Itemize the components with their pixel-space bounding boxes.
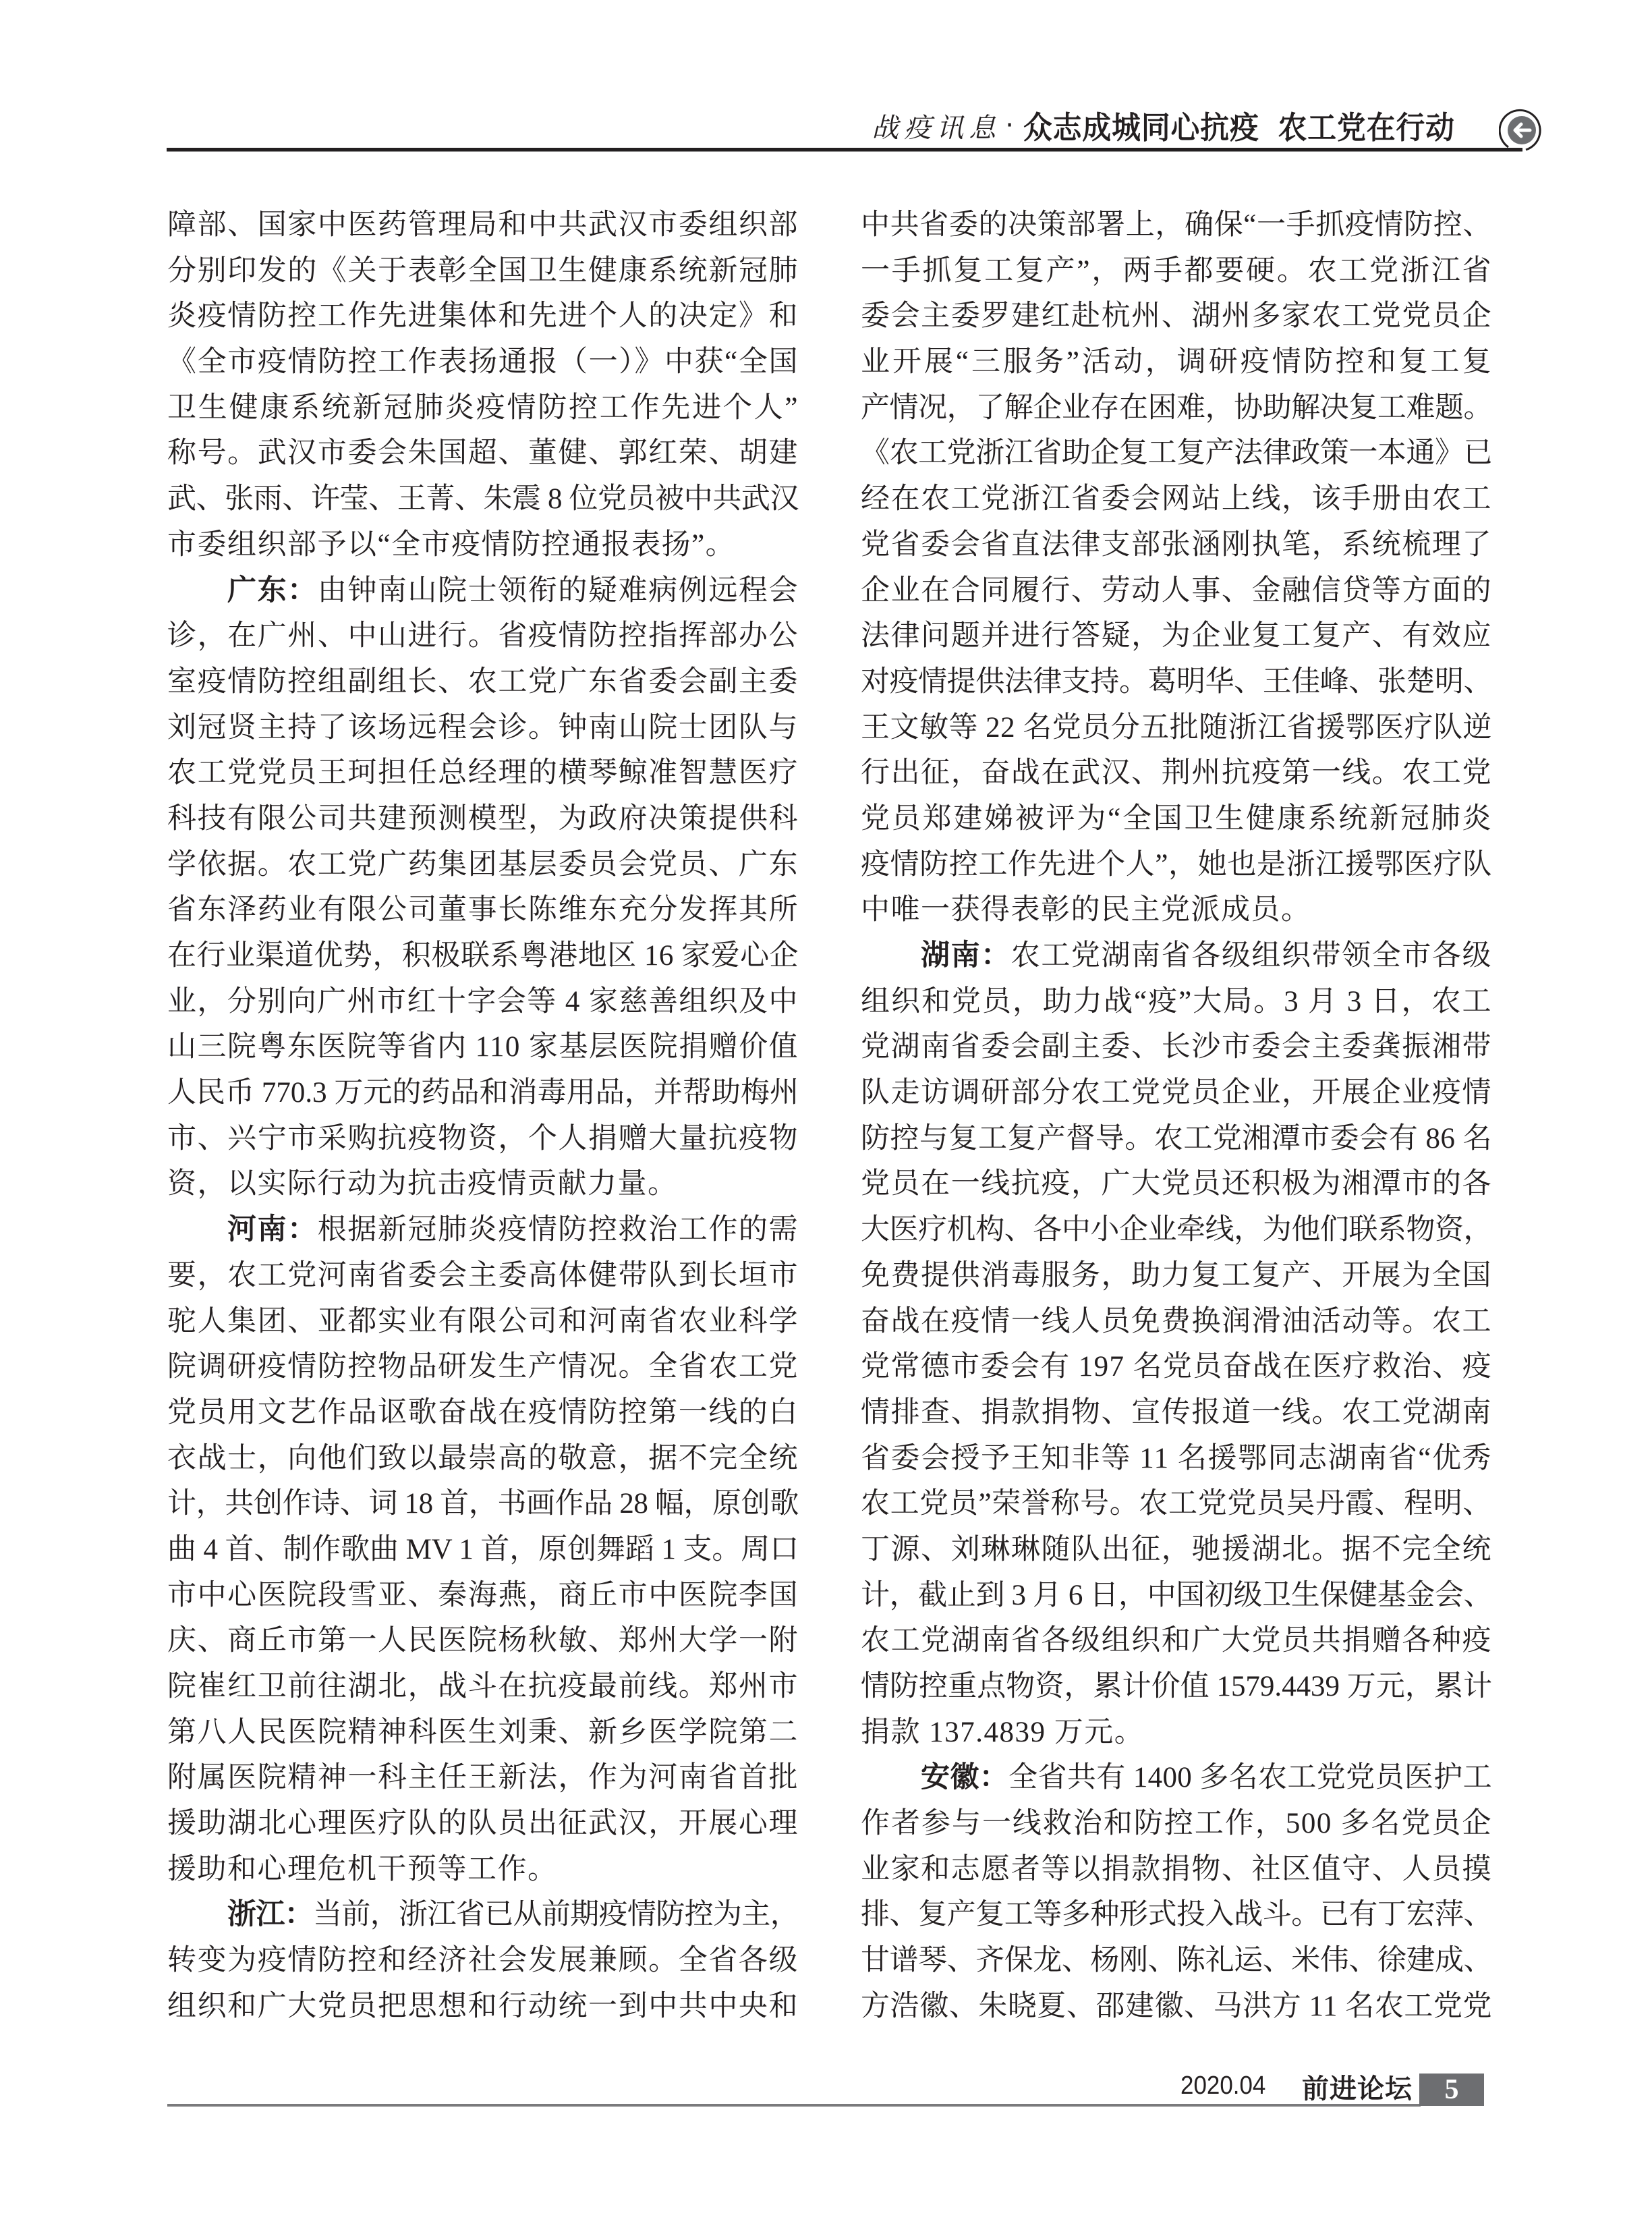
text-line: 甘谱琴、齐保龙、杨刚、陈礼运、米伟、徐建成、 (861, 1938, 1492, 1984)
line-text: 捐款 137.4839 万元。 (861, 1717, 1144, 1748)
line-text: 甘谱琴、齐保龙、杨刚、陈礼运、米伟、徐建成、 (861, 1945, 1492, 1976)
text-line: 委会主委罗建红赴杭州、湖州多家农工党党员企 (861, 294, 1492, 339)
text-line: 产情况，了解企业存在困难，协助解决复工难题。 (861, 385, 1492, 431)
text-line: 驼人集团、亚都实业有限公司和河南省农业科学 (167, 1299, 799, 1345)
line-text: 排、复产复工等多种形式投入战斗。已有丁宏萍、 (861, 1899, 1492, 1930)
text-line: 党员在一线抗疫，广大党员还积极为湘潭市的各 (861, 1161, 1492, 1207)
line-text: 中共省委的决策部署上，确保“一手抓疫情防控、 (861, 209, 1492, 241)
text-line: 企业在合同履行、劳动人事、金融信贷等方面的 (861, 568, 1492, 614)
text-line: 在行业渠道优势，积极联系粤港地区 16 家爱心企 (167, 933, 799, 979)
text-line: 捐款 137.4839 万元。 (861, 1710, 1492, 1756)
line-text: 驼人集团、亚都实业有限公司和河南省农业科学 (167, 1306, 799, 1337)
line-text: 队走访调研部分农工党党员企业，开展企业疫情 (861, 1077, 1492, 1109)
line-text: 王文敏等 22 名党员分五批随浙江省援鄂医疗队逆 (861, 712, 1492, 744)
section-headline: 众志成城同心抗疫农工党在行动 (1023, 103, 1455, 148)
line-text: 丁源、刘琳琳随队出征，驰援湖北。据不完全统 (861, 1534, 1492, 1565)
line-text: 炎疫情防控工作先进集体和先进个人的决定》和 (167, 300, 799, 332)
text-line: 附属医院精神一科主任王新法，作为河南省首批 (167, 1755, 799, 1801)
line-text: 党常德市委会有 197 名党员奋战在医疗救治、疫 (861, 1351, 1492, 1383)
text-line: 农工党员”荣誉称号。农工党党员吴丹霞、程明、 (861, 1481, 1492, 1527)
line-text: 农工党湖南省各级组织和广大党员共捐赠各种疫 (861, 1625, 1492, 1657)
text-line: 室疫情防控组副组长、农工党广东省委会副主委 (167, 659, 799, 705)
line-text: 疫情防控工作先进个人”，她也是浙江援鄂医疗队 (861, 849, 1492, 881)
line-text: 《农工党浙江省助企复工复产法律政策一本通》已 (861, 437, 1492, 469)
text-line: 党员郑建娣被评为“全国卫生健康系统新冠肺炎 (861, 796, 1492, 842)
line-text: 免费提供消毒服务，助力复工复产、开展为全国 (861, 1260, 1492, 1291)
region-label: 安徽： (921, 1760, 1008, 1794)
paragraph-lead-line: 广东：由钟南山院士领衔的疑难病例远程会 (167, 568, 799, 614)
line-text: 曲 4 首、制作歌曲 MV 1 首，原创舞蹈 1 支。周口 (167, 1534, 799, 1565)
line-text: 诊，在广州、中山进行。省疫情防控指挥部办公 (167, 620, 799, 652)
text-line: 《全市疫情防控工作表扬通报（一）》中获“全国 (167, 339, 799, 385)
text-line: 省委会授予王知非等 11 名援鄂同志湖南省“优秀 (861, 1436, 1492, 1482)
text-line: 援助湖北心理医疗队的队员出征武汉，开展心理 (167, 1801, 799, 1847)
text-line: 情排查、捐款捐物、宣传报道一线。农工党湖南 (861, 1390, 1492, 1436)
page-number-box: 5 (1419, 2074, 1484, 2106)
text-line: 业家和志愿者等以捐款捐物、社区值守、人员摸 (861, 1847, 1492, 1893)
text-line: 山三院粤东医院等省内 110 家基层医院捐赠价值 (167, 1024, 799, 1070)
running-header: 战疫讯息 · 众志成城同心抗疫农工党在行动 (0, 0, 1652, 162)
text-line: 丁源、刘琳琳随队出征，驰援湖北。据不完全统 (861, 1527, 1492, 1573)
text-line: 党湖南省委会副主委、长沙市委会主委龚振湘带 (861, 1024, 1492, 1070)
line-text: 农工党湖南省各级组织带领全市各级 (1011, 940, 1492, 972)
line-text: 党员在一线抗疫，广大党员还积极为湘潭市的各 (861, 1168, 1492, 1200)
line-text: 庆、商丘市第一人民医院杨秋敏、郑州大学一附 (167, 1625, 799, 1657)
line-text: 产情况，了解企业存在困难，协助解决复工难题。 (861, 392, 1492, 424)
text-line: 奋战在疫情一线人员免费换润滑油活动等。农工 (861, 1299, 1492, 1345)
text-line: 免费提供消毒服务，助力复工复产、开展为全国 (861, 1253, 1492, 1299)
text-line: 学依据。农工党广药集团基层委员会党员、广东 (167, 842, 799, 888)
paragraph-lead-line: 湖南：农工党湖南省各级组织带领全市各级 (861, 933, 1492, 979)
line-text: 院调研疫情防控物品研发生产情况。全省农工党 (167, 1351, 799, 1383)
text-line: 分别印发的《关于表彰全国卫生健康系统新冠肺 (167, 248, 799, 294)
text-line: 市中心医院段雪亚、秦海燕，商丘市中医院李国 (167, 1573, 799, 1619)
line-text: 分别印发的《关于表彰全国卫生健康系统新冠肺 (167, 255, 799, 287)
text-line: 《农工党浙江省助企复工复产法律政策一本通》已 (861, 430, 1492, 476)
text-line: 法律问题并进行答疑，为企业复工复产、有效应 (861, 613, 1492, 659)
text-line: 卫生健康系统新冠肺炎疫情防控工作先进个人” (167, 385, 799, 431)
back-arrow-circle-icon (1499, 108, 1545, 154)
line-text: 第八人民医院精神科医生刘秉、新乡医学院第二 (167, 1717, 799, 1748)
line-text: 要，农工党河南省委会主委高体健带队到长垣市 (167, 1260, 799, 1291)
line-text: 称号。武汉市委会朱国超、董健、郭红荣、胡建 (167, 437, 799, 469)
line-text: 援助和心理危机干预等工作。 (167, 1854, 558, 1885)
text-line: 市委组织部予以“全市疫情防控通报表扬”。 (167, 522, 799, 568)
line-text: 作者参与一线救治和防控工作，500 多名党员企 (861, 1808, 1492, 1839)
text-line: 计，共创作诗、词 18 首，书画作品 28 幅，原创歌 (167, 1481, 799, 1527)
text-line: 业开展“三服务”活动，调研疫情防控和复工复 (861, 339, 1492, 385)
paragraph-lead-line: 安徽：全省共有 1400 多名农工党党员医护工 (861, 1755, 1492, 1801)
line-text: 由钟南山院士领衔的疑难病例远程会 (318, 575, 799, 607)
line-text: 方浩徽、朱晓夏、邵建徽、马洪方 11 名农工党党 (861, 1991, 1492, 2022)
text-line: 方浩徽、朱晓夏、邵建徽、马洪方 11 名农工党党 (861, 1984, 1492, 2030)
text-line: 大医疗机构、各中小企业牵线，为他们联系物资， (861, 1207, 1492, 1253)
text-line: 对疫情提供法律支持。葛明华、王佳峰、张楚明、 (861, 659, 1492, 705)
line-text: 科技有限公司共建预测模型，为政府决策提供科 (167, 803, 799, 835)
line-text: 组织和广大党员把思想和行动统一到中共中央和 (167, 1991, 799, 2022)
line-text: 市中心医院段雪亚、秦海燕，商丘市中医院李国 (167, 1580, 799, 1611)
section-title: 战疫讯息 · 众志成城同心抗疫农工党在行动 (872, 107, 1487, 144)
line-text: 根据新冠肺炎疫情防控救治工作的需 (318, 1214, 799, 1246)
text-line: 科技有限公司共建预测模型，为政府决策提供科 (167, 796, 799, 842)
line-text: 市委组织部予以“全市疫情防控通报表扬”。 (167, 529, 735, 561)
line-text: 奋战在疫情一线人员免费换润滑油活动等。农工 (861, 1306, 1492, 1337)
line-text: 刘冠贤主持了该场远程会诊。钟南山院士团队与 (167, 712, 799, 744)
text-line: 计，截止到 3 月 6 日，中国初级卫生保健基金会、 (861, 1573, 1492, 1619)
line-text: 经在农工党浙江省委会网站上线，该手册由农工 (861, 483, 1492, 515)
text-line: 资，以实际行动为抗击疫情贡献力量。 (167, 1161, 799, 1207)
text-line: 经在农工党浙江省委会网站上线，该手册由农工 (861, 476, 1492, 522)
line-text: 院崔红卫前往湖北，战斗在抗疫最前线。郑州市 (167, 1671, 799, 1702)
line-text: 卫生健康系统新冠肺炎疫情防控工作先进个人” (167, 392, 799, 424)
line-text: 资，以实际行动为抗击疫情贡献力量。 (167, 1168, 678, 1200)
text-line: 诊，在广州、中山进行。省疫情防控指挥部办公 (167, 613, 799, 659)
paragraph-lead-line: 河南：根据新冠肺炎疫情防控救治工作的需 (167, 1207, 799, 1253)
line-text: 党省委会省直法律支部张涵刚执笔，系统梳理了 (861, 529, 1492, 561)
footer-rule (167, 2104, 1421, 2107)
issue-date: 2020.04 (1180, 2071, 1265, 2100)
text-line: 王文敏等 22 名党员分五批随浙江省援鄂医疗队逆 (861, 705, 1492, 751)
line-text: 武、张雨、许莹、王菁、朱震 8 位党员被中共武汉 (167, 483, 799, 515)
text-line: 曲 4 首、制作歌曲 MV 1 首，原创舞蹈 1 支。周口 (167, 1527, 799, 1573)
text-line: 要，农工党河南省委会主委高体健带队到长垣市 (167, 1253, 799, 1299)
line-text: 计，共创作诗、词 18 首，书画作品 28 幅，原创歌 (167, 1488, 799, 1520)
line-text: 附属医院精神一科主任王新法，作为河南省首批 (167, 1762, 799, 1793)
text-line: 庆、商丘市第一人民医院杨秋敏、郑州大学一附 (167, 1618, 799, 1664)
line-text: 中唯一获得表彰的民主党派成员。 (861, 894, 1311, 926)
text-line: 作者参与一线救治和防控工作，500 多名党员企 (861, 1801, 1492, 1847)
text-line: 衣战士，向他们致以最崇高的敬意，据不完全统 (167, 1436, 799, 1482)
line-text: 《全市疫情防控工作表扬通报（一）》中获“全国 (167, 346, 799, 378)
text-line: 排、复产复工等多种形式投入战斗。已有丁宏萍、 (861, 1892, 1492, 1938)
page-footer: 2020.04 前进论坛 5 (0, 2051, 1652, 2119)
text-line: 称号。武汉市委会朱国超、董健、郭红荣、胡建 (167, 430, 799, 476)
text-line: 转变为疫情防控和经济社会发展兼顾。全省各级 (167, 1938, 799, 1984)
text-line: 刘冠贤主持了该场远程会诊。钟南山院士团队与 (167, 705, 799, 751)
region-label: 河南： (227, 1213, 318, 1246)
region-label: 湖南： (921, 939, 1011, 972)
text-line: 组织和党员，助力战“疫”大局。3 月 3 日，农工 (861, 979, 1492, 1025)
text-line: 炎疫情防控工作先进集体和先进个人的决定》和 (167, 294, 799, 339)
text-line: 党员用文艺作品讴歌奋战在疫情防控第一线的白 (167, 1390, 799, 1436)
right-text-column: 中共省委的决策部署上，确保“一手抓疫情防控、一手抓复工复产”，两手都要硬。农工党… (861, 202, 1492, 2030)
text-line: 防控与复工复产督导。农工党湘潭市委会有 86 名 (861, 1116, 1492, 1162)
section-kicker: 战疫讯息 (872, 107, 1001, 145)
text-line: 援助和心理危机干预等工作。 (167, 1847, 799, 1893)
text-line: 武、张雨、许莹、王菁、朱震 8 位党员被中共武汉 (167, 476, 799, 522)
paragraph-lead-line: 浙江：当前，浙江省已从前期疫情防控为主， (167, 1892, 799, 1938)
line-text: 法律问题并进行答疑，为企业复工复产、有效应 (861, 620, 1492, 652)
line-text: 组织和党员，助力战“疫”大局。3 月 3 日，农工 (861, 986, 1492, 1018)
header-rule (167, 148, 1522, 151)
text-line: 组织和广大党员把思想和行动统一到中共中央和 (167, 1984, 799, 2030)
text-line: 疫情防控工作先进个人”，她也是浙江援鄂医疗队 (861, 842, 1492, 888)
line-text: 在行业渠道优势，积极联系粤港地区 16 家爱心企 (167, 940, 799, 972)
text-line: 党常德市委会有 197 名党员奋战在医疗救治、疫 (861, 1344, 1492, 1390)
line-text: 业家和志愿者等以捐款捐物、社区值守、人员摸 (861, 1854, 1492, 1885)
headline-part-1: 众志成城同心抗疫 (1023, 109, 1259, 146)
text-line: 农工党党员王珂担任总经理的横琴鲸准智慧医疗 (167, 750, 799, 796)
line-text: 企业在合同履行、劳动人事、金融信贷等方面的 (861, 575, 1492, 607)
line-text: 人民币 770.3 万元的药品和消毒用品，并帮助梅州 (167, 1077, 799, 1109)
line-text: 委会主委罗建红赴杭州、湖州多家农工党党员企 (861, 300, 1492, 332)
line-text: 情排查、捐款捐物、宣传报道一线。农工党湖南 (861, 1397, 1492, 1428)
line-text: 业，分别向广州市红十字会等 4 家慈善组织及中 (167, 986, 799, 1018)
line-text: 农工党党员王珂担任总经理的横琴鲸准智慧医疗 (167, 757, 799, 789)
line-text: 全省共有 1400 多名农工党党员医护工 (1008, 1762, 1492, 1793)
text-line: 人民币 770.3 万元的药品和消毒用品，并帮助梅州 (167, 1070, 799, 1116)
region-label: 广东： (227, 574, 318, 607)
text-line: 中唯一获得表彰的民主党派成员。 (861, 887, 1492, 933)
line-text: 计，截止到 3 月 6 日，中国初级卫生保健基金会、 (861, 1580, 1492, 1611)
text-line: 业，分别向广州市红十字会等 4 家慈善组织及中 (167, 979, 799, 1025)
line-text: 业开展“三服务”活动，调研疫情防控和复工复 (861, 346, 1492, 378)
line-text: 省东泽药业有限公司董事长陈维东充分发挥其所 (167, 894, 799, 926)
line-text: 防控与复工复产督导。农工党湘潭市委会有 86 名 (861, 1123, 1492, 1154)
text-line: 农工党湖南省各级组织和广大党员共捐赠各种疫 (861, 1618, 1492, 1664)
line-text: 党员郑建娣被评为“全国卫生健康系统新冠肺炎 (861, 803, 1492, 835)
line-text: 当前，浙江省已从前期疫情防控为主， (313, 1899, 799, 1930)
line-text: 市、兴宁市采购抗疫物资，个人捐赠大量抗疫物 (167, 1123, 799, 1154)
text-line: 队走访调研部分农工党党员企业，开展企业疫情 (861, 1070, 1492, 1116)
separator-dot: · (1005, 110, 1014, 141)
left-text-column: 障部、国家中医药管理局和中共武汉市委组织部分别印发的《关于表彰全国卫生健康系统新… (167, 202, 799, 2030)
text-line: 行出征，奋战在武汉、荆州抗疫第一线。农工党 (861, 750, 1492, 796)
line-text: 党湖南省委会副主委、长沙市委会主委龚振湘带 (861, 1031, 1492, 1063)
publication-name: 前进论坛 (1302, 2067, 1413, 2106)
line-text: 党员用文艺作品讴歌奋战在疫情防控第一线的白 (167, 1397, 799, 1428)
line-text: 一手抓复工复产”，两手都要硬。农工党浙江省 (861, 255, 1492, 287)
text-line: 第八人民医院精神科医生刘秉、新乡医学院第二 (167, 1710, 799, 1756)
page-number: 5 (1445, 2074, 1459, 2106)
text-line: 市、兴宁市采购抗疫物资，个人捐赠大量抗疫物 (167, 1116, 799, 1162)
line-text: 大医疗机构、各中小企业牵线，为他们联系物资， (861, 1214, 1492, 1246)
line-text: 农工党员”荣誉称号。农工党党员吴丹霞、程明、 (861, 1488, 1492, 1520)
headline-part-2: 农工党在行动 (1278, 109, 1455, 146)
line-text: 省委会授予王知非等 11 名援鄂同志湖南省“优秀 (861, 1443, 1492, 1474)
line-text: 援助湖北心理医疗队的队员出征武汉，开展心理 (167, 1808, 799, 1839)
text-line: 情防控重点物资，累计价值 1579.4439 万元，累计 (861, 1664, 1492, 1710)
line-text: 学依据。农工党广药集团基层委员会党员、广东 (167, 849, 799, 881)
text-line: 一手抓复工复产”，两手都要硬。农工党浙江省 (861, 248, 1492, 294)
line-text: 情防控重点物资，累计价值 1579.4439 万元，累计 (861, 1671, 1492, 1702)
text-line: 院调研疫情防控物品研发生产情况。全省农工党 (167, 1344, 799, 1390)
text-line: 中共省委的决策部署上，确保“一手抓疫情防控、 (861, 202, 1492, 248)
text-line: 障部、国家中医药管理局和中共武汉市委组织部 (167, 202, 799, 248)
line-text: 转变为疫情防控和经济社会发展兼顾。全省各级 (167, 1945, 799, 1976)
line-text: 障部、国家中医药管理局和中共武汉市委组织部 (167, 209, 799, 241)
line-text: 衣战士，向他们致以最崇高的敬意，据不完全统 (167, 1443, 799, 1474)
text-line: 省东泽药业有限公司董事长陈维东充分发挥其所 (167, 887, 799, 933)
line-text: 室疫情防控组副组长、农工党广东省委会副主委 (167, 666, 799, 698)
line-text: 山三院粤东医院等省内 110 家基层医院捐赠价值 (167, 1031, 799, 1063)
region-label: 浙江： (227, 1897, 313, 1931)
line-text: 行出征，奋战在武汉、荆州抗疫第一线。农工党 (861, 757, 1492, 789)
text-line: 院崔红卫前往湖北，战斗在抗疫最前线。郑州市 (167, 1664, 799, 1710)
text-line: 党省委会省直法律支部张涵刚执笔，系统梳理了 (861, 522, 1492, 568)
line-text: 对疫情提供法律支持。葛明华、王佳峰、张楚明、 (861, 666, 1492, 698)
